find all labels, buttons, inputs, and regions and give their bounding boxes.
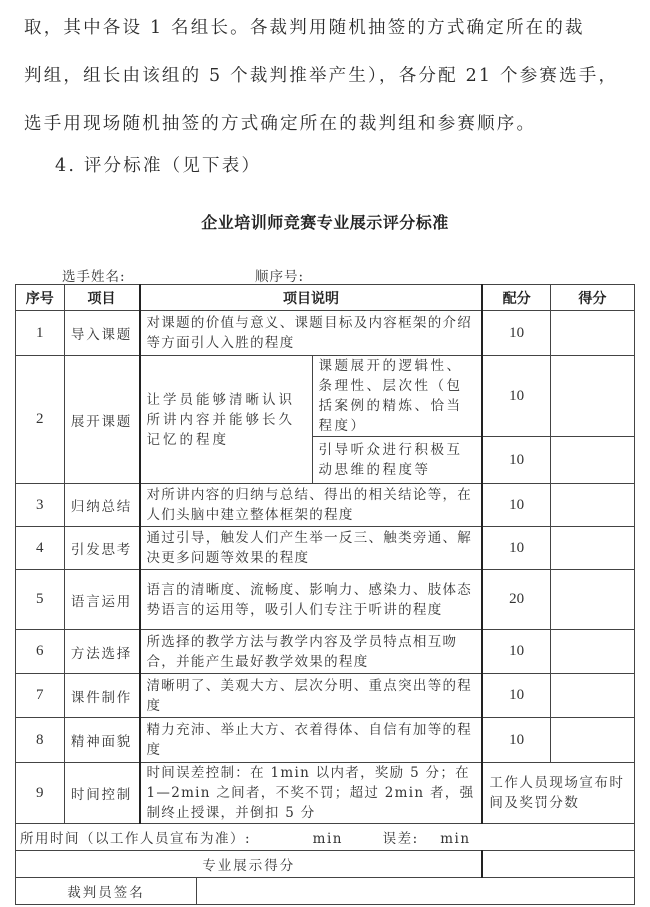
row-score-input[interactable] <box>550 718 634 763</box>
row-points: 10 <box>482 437 550 484</box>
table-title: 企业培训师竞赛专业展示评分标准 <box>0 210 650 233</box>
error-unit: min <box>440 831 470 847</box>
row-item: 引发思考 <box>64 527 139 570</box>
judge-signature-label: 裁判员签名 <box>16 878 197 904</box>
row-item: 时间控制 <box>64 763 139 824</box>
row-no: 2 <box>16 356 65 484</box>
table-row: 7 课件制作 清晰明了、美观大方、层次分明、重点突出等的程度 10 <box>16 674 635 718</box>
row-description: 对课题的价值与意义、课题目标及内容框架的介绍等方面引人入胜的程度 <box>140 311 483 356</box>
scoring-table: 序号 项目 项目说明 配分 得分 1 导入课题 对课题的价值与意义、课题目标及内… <box>15 284 635 905</box>
row-description-main: 让学员能够清晰认识所讲内容并能够长久记忆的程度 <box>140 356 313 484</box>
table-row: 3 归纳总结 对所讲内容的归纳与总结、得出的相关结论等，在人们头脑中建立整体框架… <box>16 484 635 527</box>
row-score-input[interactable] <box>550 630 634 674</box>
header-no: 序号 <box>16 285 65 311</box>
table-row: 1 导入课题 对课题的价值与意义、课题目标及内容框架的介绍等方面引人入胜的程度 … <box>16 311 635 356</box>
total-score-label: 专业展示得分 <box>16 851 483 878</box>
time-used-label: 所用时间（以工作人员宣布为准）: <box>20 831 251 847</box>
row-no: 4 <box>16 527 65 570</box>
row-item: 导入课题 <box>64 311 139 356</box>
row-item: 语言运用 <box>64 570 139 630</box>
row-score-input[interactable] <box>550 437 634 484</box>
header-score: 得分 <box>550 285 634 311</box>
time-used-row: 所用时间（以工作人员宣布为准）: min 误差: min <box>16 824 635 851</box>
body-paragraph-3: 选手用现场随机抽签的方式确定所在的裁判组和参赛顺序。 <box>24 110 536 135</box>
body-paragraph-1: 取，其中各设 1 名组长。各裁判用随机抽签的方式确定所在的裁 <box>24 14 585 39</box>
row-description: 语言的清晰度、流畅度、影响力、感染力、肢体态势语言的运用等，吸引人们专注于听讲的… <box>140 570 483 630</box>
time-unit: min <box>313 831 343 847</box>
row-description: 精力充沛、举止大方、衣着得体、自信有加等的程度 <box>140 718 483 763</box>
table-row: 6 方法选择 所选择的教学方法与教学内容及学员特点相互吻合，并能产生最好教学效果… <box>16 630 635 674</box>
judge-signature-input[interactable] <box>197 878 634 904</box>
row-points: 20 <box>482 570 550 630</box>
time-used-cell: 所用时间（以工作人员宣布为准）: min 误差: min <box>16 824 635 851</box>
row-score-input[interactable] <box>550 311 634 356</box>
row-score-input[interactable] <box>550 484 634 527</box>
judge-signature-row: 裁判员签名 <box>16 878 635 905</box>
row-no: 7 <box>16 674 65 718</box>
time-penalty-note: 工作人员现场宣布时间及奖罚分数 <box>482 763 634 824</box>
row-description: 清晰明了、美观大方、层次分明、重点突出等的程度 <box>140 674 483 718</box>
row-item: 课件制作 <box>64 674 139 718</box>
row-points: 10 <box>482 356 550 437</box>
row-subdescription: 课题展开的逻辑性、条理性、层次性（包括案例的精炼、恰当程度） <box>312 356 482 437</box>
row-score-input[interactable] <box>550 356 634 437</box>
header-description: 项目说明 <box>140 285 483 311</box>
table-row: 4 引发思考 通过引导，触发人们产生举一反三、触类旁通、解决更多问题等效果的程度… <box>16 527 635 570</box>
row-points: 10 <box>482 718 550 763</box>
row-no: 1 <box>16 311 65 356</box>
body-paragraph-2: 判组，组长由该组的 5 个裁判推举产生），各分配 21 个参赛选手， <box>24 62 618 87</box>
row-points: 10 <box>482 630 550 674</box>
error-label: 误差: <box>383 831 419 847</box>
total-score-row: 专业展示得分 <box>16 851 635 878</box>
row-description: 所选择的教学方法与教学内容及学员特点相互吻合，并能产生最好教学效果的程度 <box>140 630 483 674</box>
row-item: 归纳总结 <box>64 484 139 527</box>
row-no: 6 <box>16 630 65 674</box>
row-description: 时间误差控制：在 1min 以内者，奖励 5 分；在 1—2min 之间者，不奖… <box>140 763 483 824</box>
row-no: 8 <box>16 718 65 763</box>
row-score-input[interactable] <box>550 527 634 570</box>
row-points: 10 <box>482 484 550 527</box>
table-row: 2 展开课题 让学员能够清晰认识所讲内容并能够长久记忆的程度 课题展开的逻辑性、… <box>16 356 635 437</box>
row-description: 通过引导，触发人们产生举一反三、触类旁通、解决更多问题等效果的程度 <box>140 527 483 570</box>
header-points: 配分 <box>482 285 550 311</box>
row-points: 10 <box>482 311 550 356</box>
row-item: 精神面貌 <box>64 718 139 763</box>
row-description: 对所讲内容的归纳与总结、得出的相关结论等，在人们头脑中建立整体框架的程度 <box>140 484 483 527</box>
table-header-row: 序号 项目 项目说明 配分 得分 <box>16 285 635 311</box>
row-no: 9 <box>16 763 65 824</box>
order-number-label: 顺序号: <box>255 265 304 285</box>
row-item: 展开课题 <box>64 356 139 484</box>
row-item: 方法选择 <box>64 630 139 674</box>
table-row: 5 语言运用 语言的清晰度、流畅度、影响力、感染力、肢体态势语言的运用等，吸引人… <box>16 570 635 630</box>
table-row: 8 精神面貌 精力充沛、举止大方、衣着得体、自信有加等的程度 10 <box>16 718 635 763</box>
contestant-name-label: 选手姓名: <box>62 265 126 285</box>
section-heading-scoring: 4. 评分标准（见下表） <box>55 152 261 177</box>
table-row: 9 时间控制 时间误差控制：在 1min 以内者，奖励 5 分；在 1—2min… <box>16 763 635 824</box>
row-score-input[interactable] <box>550 674 634 718</box>
row-score-input[interactable] <box>550 570 634 630</box>
row-points: 10 <box>482 674 550 718</box>
row-no: 3 <box>16 484 65 527</box>
header-item: 项目 <box>64 285 139 311</box>
row-points: 10 <box>482 527 550 570</box>
total-score-input[interactable] <box>482 851 634 878</box>
row-subdescription: 引导听众进行积极互动思维的程度等 <box>312 437 482 484</box>
row-no: 5 <box>16 570 65 630</box>
